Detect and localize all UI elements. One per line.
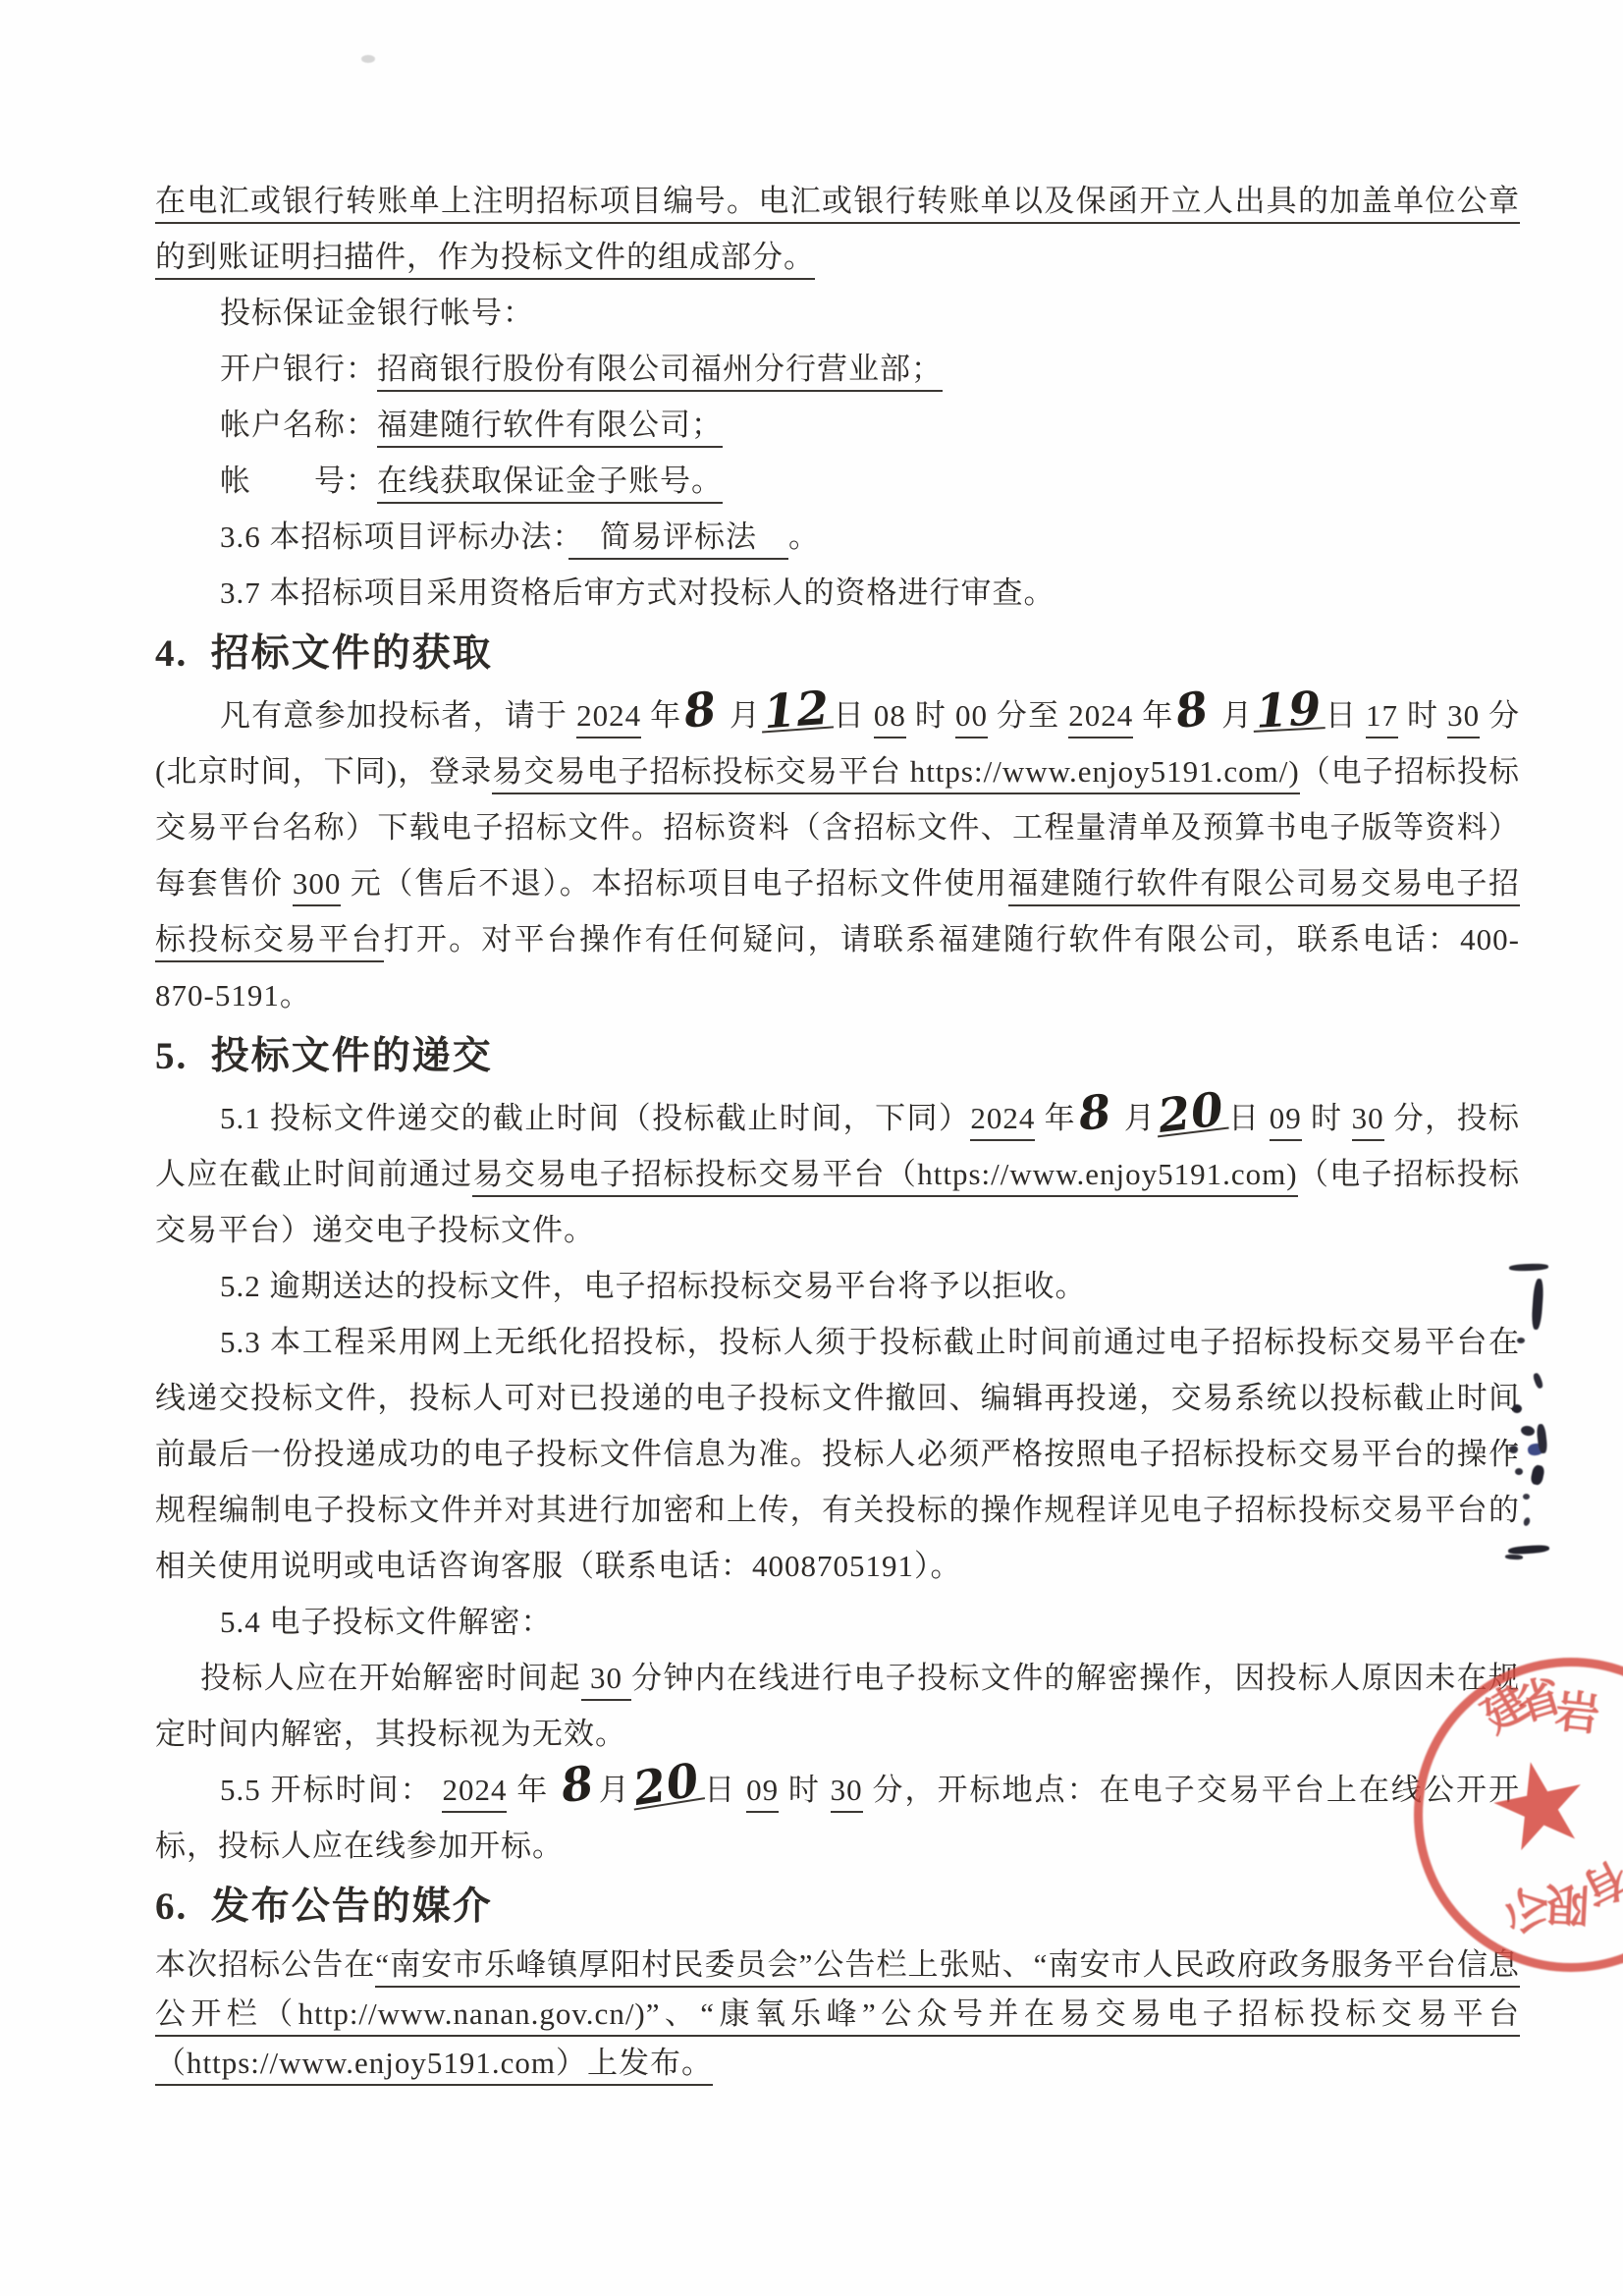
section-4-paragraph: 凡有意参加投标者，请于 2024 年8 月12日 08 时 00 分至 2024… [155, 687, 1520, 1023]
seal-character: 岩 [1552, 1674, 1603, 1742]
ink-smudge [1512, 1404, 1522, 1413]
underlined-text: 30 [831, 1773, 863, 1813]
clause-5-4: 5.4 电子投标文件解密： [155, 1594, 1520, 1650]
text-segment: 5.4 电子投标文件解密： [220, 1605, 553, 1639]
handwritten-number: 19 [1253, 697, 1326, 733]
underlined-text: 08 [874, 698, 906, 738]
handwritten-number: 8 [680, 697, 723, 732]
text-segment: 3.6 本招标项目评标办法： [220, 519, 568, 554]
underlined-text: 简易评标法 [568, 519, 788, 560]
section-6-paragraph: 本次招标公告在“南安市乐峰镇厚阳村民委员会”公告栏上张贴、“南安市人民政府政务服… [155, 1941, 1520, 2088]
ink-smudge [1517, 1338, 1525, 1343]
clause-5-4-paragraph: 投标人应在开始解密时间起 30 分钟内在线进行电子投标文件的解密操作，因投标人原… [155, 1650, 1520, 1762]
underlined-text: 招商银行股份有限公司福州分行营业部； [377, 352, 943, 392]
underlined-text: 易交易电子招标投标交易平台 https://www.enjoy5191.com/… [492, 754, 1299, 794]
underlined-text: 在电汇或银行转账单上注明招标项目编号。电汇或银行转账单以及保函开立人出具的加盖单… [155, 184, 1520, 280]
ink-smudge [1531, 1279, 1544, 1331]
text-segment: 日 [834, 698, 874, 733]
carryover-paragraph: 在电汇或银行转账单上注明招标项目编号。电汇或银行转账单以及保函开立人出具的加盖单… [155, 173, 1520, 285]
text-segment: 时 [1398, 698, 1447, 733]
underlined-text: 福建随行软件有限公司； [377, 408, 723, 448]
ink-smudge [1523, 1516, 1532, 1527]
text-segment: 。 [788, 519, 820, 554]
text-segment: 年 [1133, 698, 1173, 733]
clause-5-3: 5.3 本工程采用网上无纸化招投标，投标人须于投标截止时间前通过电子招标投标交易… [155, 1314, 1520, 1594]
deposit-bank-line: 开户银行：招商银行股份有限公司福州分行营业部； [155, 341, 1520, 397]
section-4-heading: 4. 招标文件的获取 [155, 623, 1520, 685]
text-segment: 凡有意参加投标者，请于 [220, 698, 576, 733]
text-segment: 投标人应在开始解密时间起 [200, 1661, 581, 1695]
underlined-text: 09 [746, 1773, 779, 1813]
ink-smudge [1520, 1425, 1536, 1437]
text-segment: 投标保证金银行帐号： [220, 296, 534, 330]
underlined-text: 2024 [1068, 698, 1133, 738]
ink-smudge [1515, 1468, 1523, 1475]
ink-smudge [1509, 1446, 1518, 1453]
underlined-text: 17 [1366, 698, 1398, 738]
deposit-account-number-line: 帐 号：在线获取保证金子账号。 [155, 453, 1520, 509]
text-segment: 年 [1035, 1101, 1076, 1135]
handwritten-number: 20 [1155, 1098, 1230, 1138]
deposit-account-name-line: 帐户名称：福建随行软件有限公司； [155, 397, 1520, 453]
text-segment: 月 [1213, 698, 1253, 733]
underlined-text: 2024 [442, 1773, 507, 1813]
text-segment: 时 [906, 698, 955, 733]
text-segment: 3.7 本招标项目采用资格后审方式对投标人的资格进行审查。 [220, 575, 1055, 610]
handwritten-number: 20 [629, 1768, 706, 1810]
text-segment: 开户银行： [220, 352, 377, 386]
text-segment: 年 [507, 1773, 559, 1807]
text-segment: 本次招标公告在 [155, 1947, 375, 1982]
text-segment: 5.2 逾期送达的投标文件，电子招标投标交易平台将予以拒收。 [220, 1269, 1087, 1303]
clause-3-7: 3.7 本招标项目采用资格后审方式对投标人的资格进行审查。 [155, 565, 1520, 621]
text-segment: 5. 投标文件的递交 [155, 1035, 493, 1077]
text-segment: 6. 发布公告的媒介 [155, 1886, 493, 1928]
handwritten-number: 8 [1075, 1100, 1117, 1133]
text-segment: 5.3 本工程采用网上无纸化招投标，投标人须于投标截止时间前通过电子招标投标交易… [155, 1325, 1520, 1583]
ink-smudge [1509, 1263, 1548, 1271]
ink-smudge [361, 55, 375, 63]
text-segment: 分至 [988, 698, 1068, 733]
clause-5-5: 5.5 开标时间： 2024 年 8月20日 09 时 30 分，开标地点：在电… [155, 1762, 1520, 1874]
text-segment: 帐 号： [220, 464, 377, 498]
text-segment: 时 [1302, 1101, 1352, 1135]
clause-5-1: 5.1 投标文件递交的截止时间（投标截止时间，下同）2024 年8 月20日 0… [155, 1090, 1520, 1258]
underlined-text: 00 [955, 698, 988, 738]
underlined-text: 30 [581, 1661, 631, 1701]
clause-3-6: 3.6 本招标项目评标办法： 简易评标法 。 [155, 509, 1520, 565]
text-segment: 元（售后不退）。本招标项目电子招标文件使用 [341, 866, 1007, 901]
handwritten-number: 8 [557, 1771, 599, 1805]
text-segment: 日 [1228, 1101, 1270, 1135]
text-segment: 月 [721, 698, 761, 733]
ink-smudge [1530, 1464, 1545, 1486]
section-5-heading: 5. 投标文件的递交 [155, 1025, 1520, 1088]
text-segment: 日 [1325, 698, 1366, 733]
text-segment: 月 [598, 1773, 631, 1807]
ink-smudge [1532, 1372, 1543, 1389]
text-segment: 月 [1115, 1101, 1157, 1135]
document-body: 在电汇或银行转账单上注明招标项目编号。电汇或银行转账单以及保函开立人出具的加盖单… [155, 173, 1520, 2088]
text-segment: 时 [779, 1773, 831, 1807]
ink-smudge [1523, 1494, 1530, 1500]
underlined-text: 易交易电子招标投标交易平台（https://www.enjoy5191.com) [472, 1157, 1297, 1197]
underlined-text: 2024 [576, 698, 641, 738]
underlined-text: 30 [1352, 1101, 1384, 1141]
text-segment: 年 [641, 698, 681, 733]
text-segment: 帐户名称： [220, 408, 377, 442]
underlined-text: 在线获取保证金子账号。 [377, 464, 723, 504]
section-6-heading: 6. 发布公告的媒介 [155, 1876, 1520, 1939]
underlined-text: 30 [1447, 698, 1480, 738]
underlined-text: 09 [1270, 1101, 1302, 1141]
text-segment: 5.5 开标时间： [220, 1773, 442, 1807]
deposit-account-label: 投标保证金银行帐号： [155, 285, 1520, 341]
text-segment: 4. 招标文件的获取 [155, 632, 493, 675]
handwritten-number: 12 [760, 696, 834, 733]
document-page: 在电汇或银行转账单上注明招标项目编号。电汇或银行转账单以及保函开立人出具的加盖单… [0, 0, 1623, 2296]
underlined-text: 2024 [970, 1101, 1035, 1141]
text-segment: 5.1 投标文件递交的截止时间（投标截止时间，下同） [220, 1101, 970, 1135]
handwritten-number: 8 [1171, 696, 1215, 732]
underlined-text: 300 [293, 866, 342, 906]
text-segment: 日 [703, 1773, 746, 1807]
clause-5-2: 5.2 逾期送达的投标文件，电子招标投标交易平台将予以拒收。 [155, 1258, 1520, 1314]
